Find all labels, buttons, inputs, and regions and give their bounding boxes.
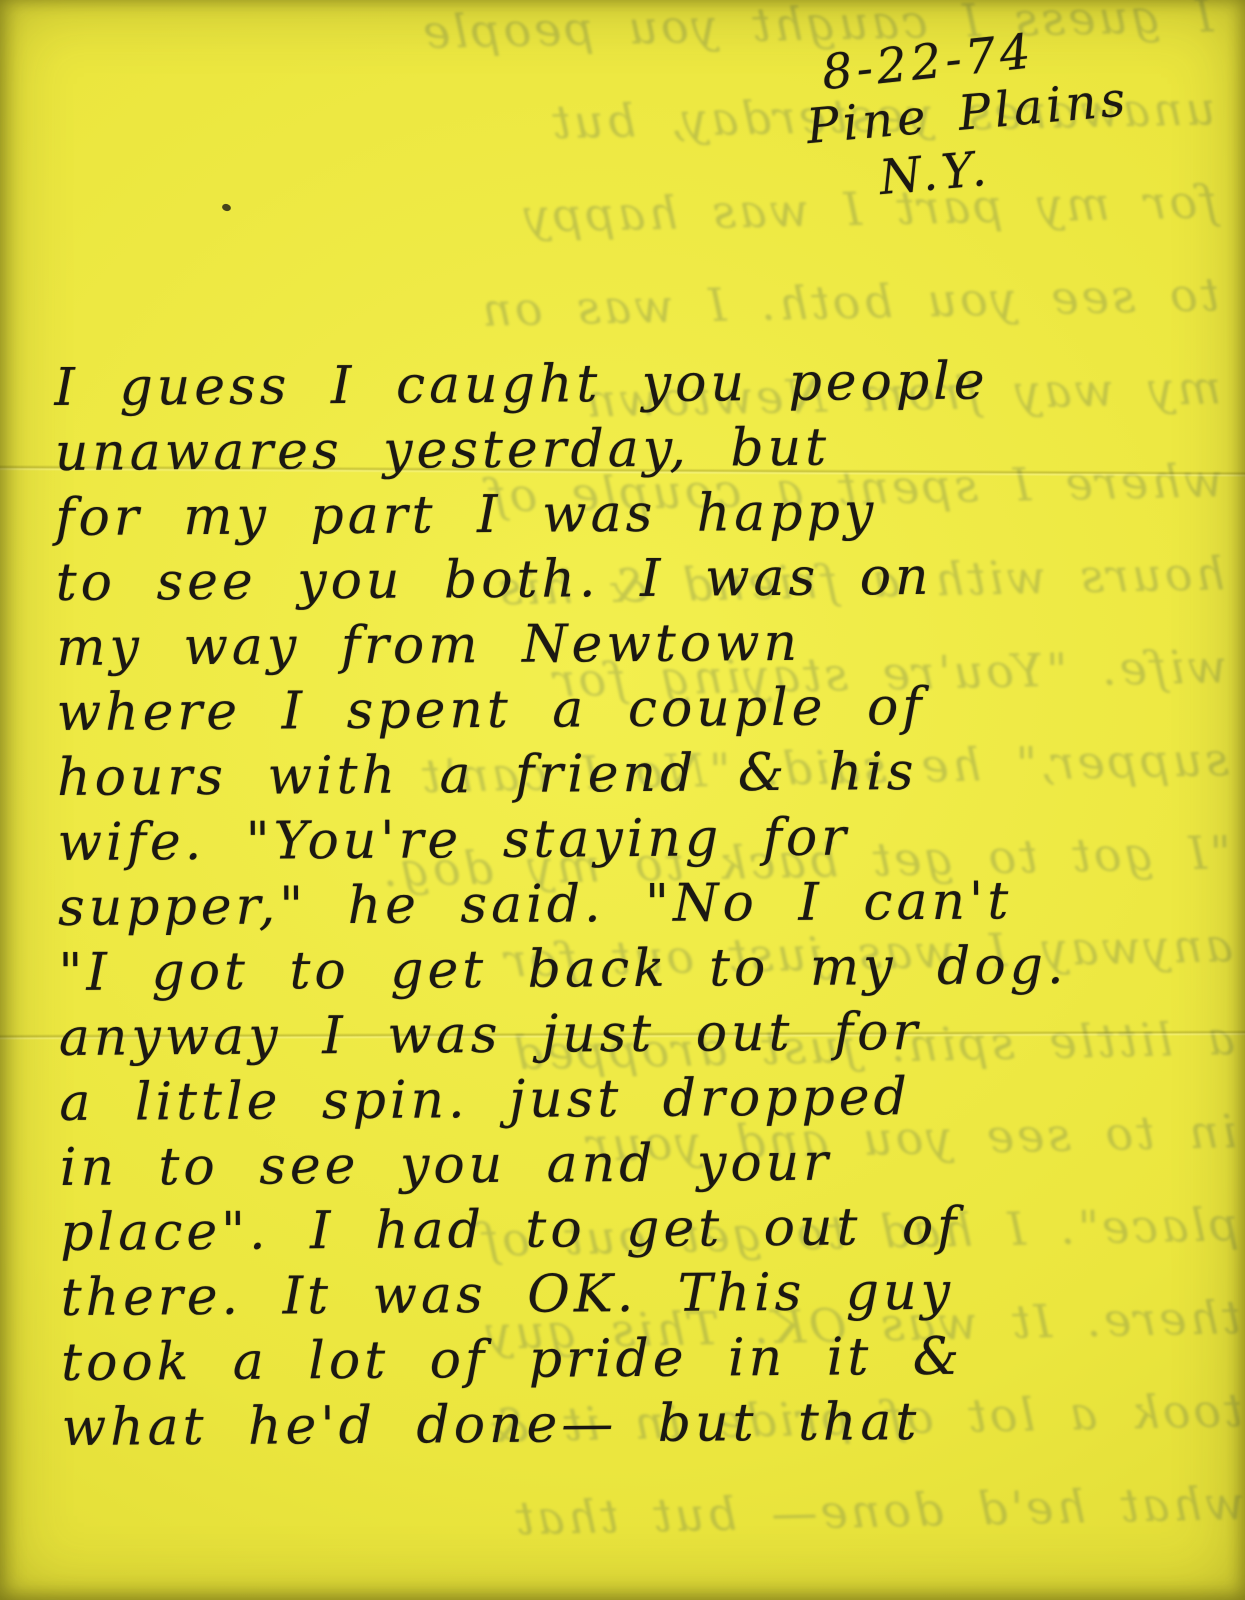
handwritten-line: to see you both. I was on <box>56 543 1213 616</box>
handwritten-line: anyway I was just out for <box>59 998 1216 1071</box>
handwritten-line: what he'd done— but that <box>61 1388 1218 1461</box>
handwritten-line: unawares yesterday, but <box>55 413 1212 486</box>
handwritten-line: for my part I was happy <box>55 478 1212 551</box>
date-block: 8-22-74 Pine Plains N.Y. <box>786 15 1214 205</box>
handwritten-line: my way from Newtown <box>56 608 1213 681</box>
letter-page: I guess I caught you peopleunawares yest… <box>0 0 1245 1600</box>
bleedthrough-line: what he'd done— but that <box>5 1457 1245 1576</box>
handwritten-line: hours with a friend & his <box>57 738 1214 811</box>
handwritten-line: took a lot of pride in it & <box>61 1323 1218 1396</box>
handwritten-line: in to see you and your <box>60 1128 1217 1201</box>
handwritten-line: there. It was OK. This guy <box>61 1258 1218 1331</box>
handwritten-line: place". I had to get out of <box>60 1193 1217 1266</box>
handwritten-line: where I spent a couple of <box>56 673 1213 746</box>
handwritten-line: a little spin. just dropped <box>59 1063 1216 1136</box>
handwritten-line: supper," he said. "No I can't <box>58 868 1215 941</box>
handwritten-line: "I got to get back to my dog. <box>58 933 1215 1006</box>
handwritten-line: I guess I caught you people <box>54 348 1211 421</box>
ink-speck <box>221 203 232 213</box>
handwritten-line: wife. "You're staying for <box>57 803 1214 876</box>
letter-body: I guess I caught you peopleunawares yest… <box>54 348 1219 1461</box>
